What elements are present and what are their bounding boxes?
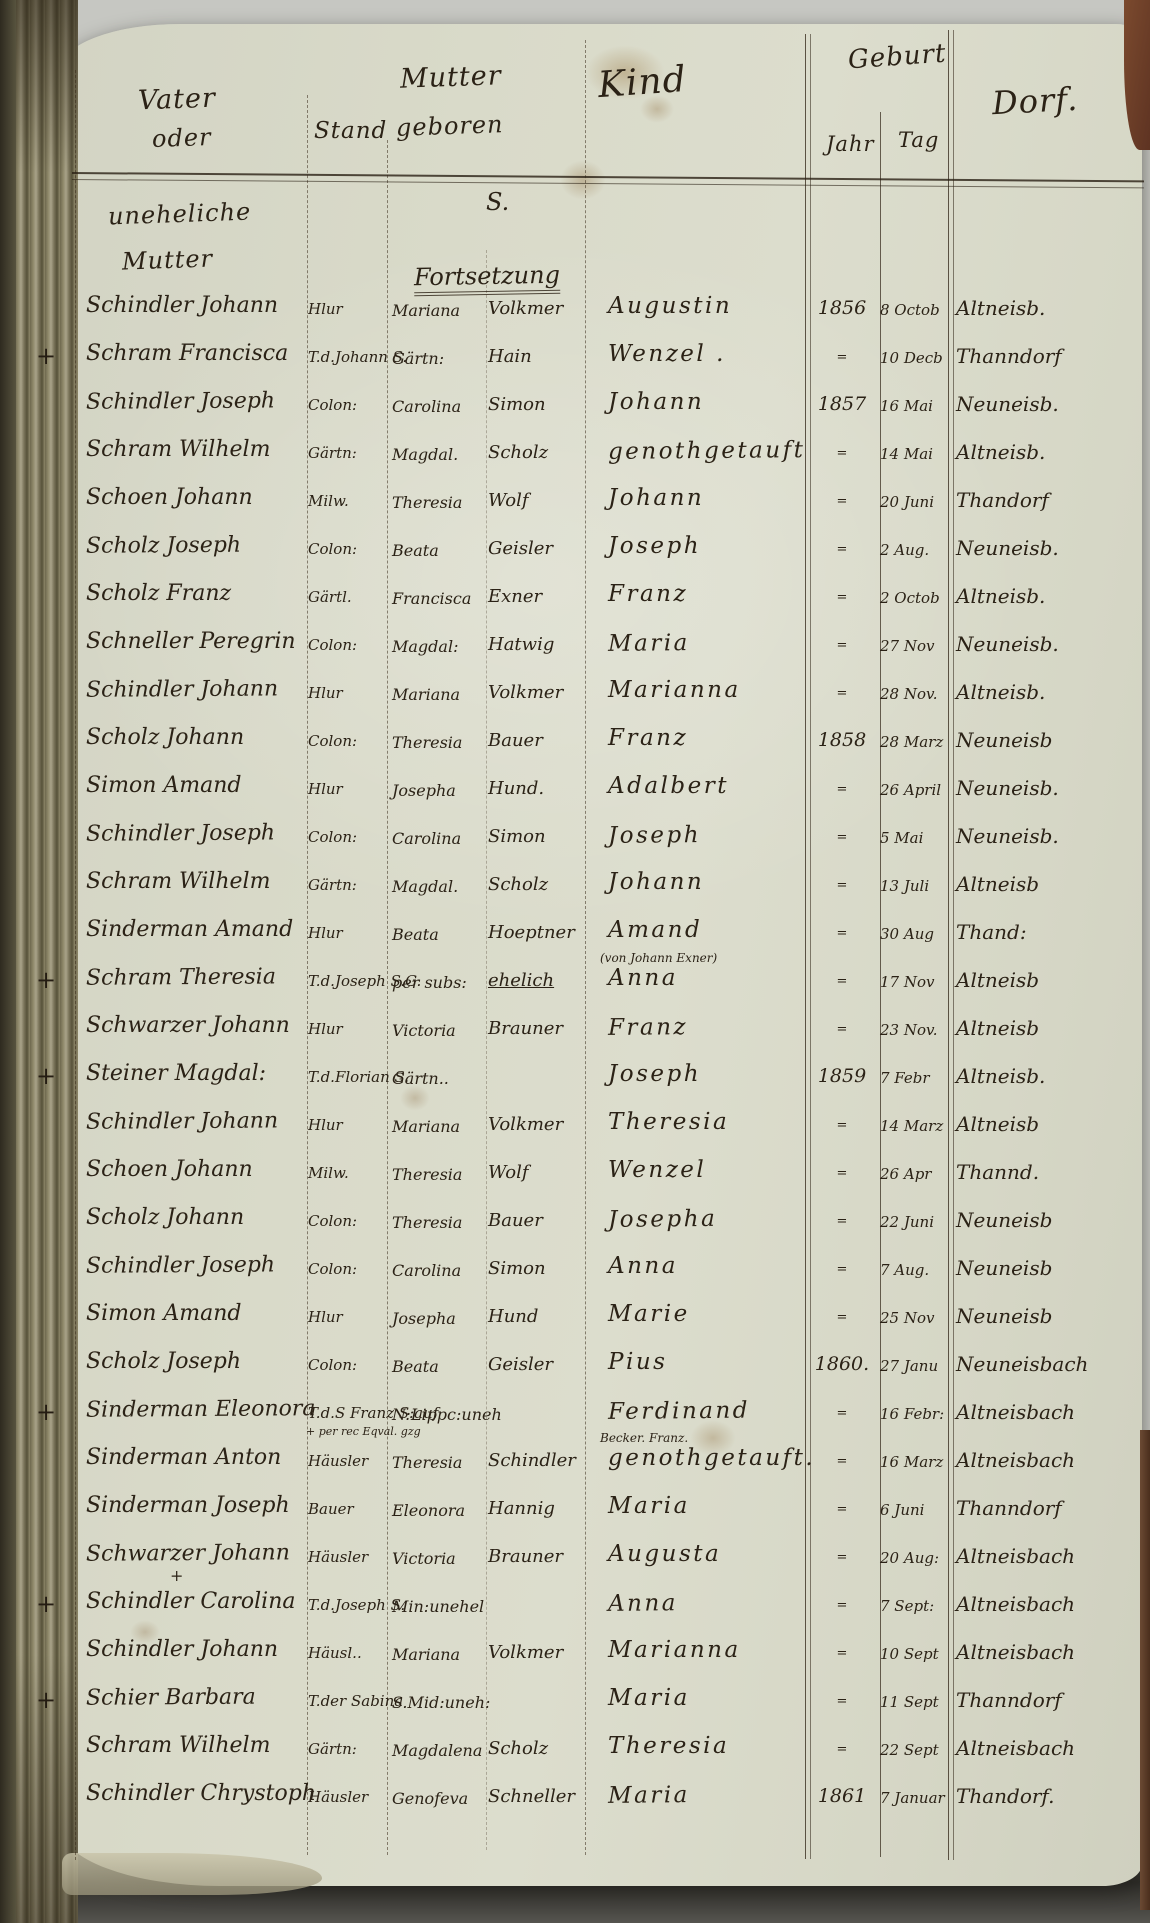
- mother-given-name: Eleonora: [392, 1501, 486, 1520]
- birth-year: =: [810, 878, 874, 893]
- child-note: Becker. Franz.: [600, 1431, 688, 1445]
- mother-given-name: Carolina: [392, 1261, 486, 1280]
- header-year: Jahr: [826, 132, 875, 156]
- mother-surname: Wolf: [488, 1162, 588, 1183]
- child-name: Maria: [608, 1685, 808, 1711]
- birth-year: =: [810, 1214, 874, 1229]
- mother-surname: Simon: [488, 826, 588, 847]
- father-name: Schram Wilhelm: [86, 1733, 310, 1758]
- mother-given-name: Theresia: [392, 1165, 486, 1184]
- father-name: Schindler Joseph: [86, 388, 310, 415]
- father-name: Sinderman Joseph: [86, 1493, 310, 1518]
- mother-surname: Hoeptner: [488, 922, 588, 943]
- father-name: Scholz Joseph: [86, 1349, 310, 1374]
- birth-day: 7 Sept:: [880, 1597, 950, 1615]
- child-name: Ferdinand: [608, 1397, 808, 1425]
- birth-year: =: [810, 350, 874, 365]
- cross-mark: +: [36, 342, 72, 370]
- father-name: Sinderman Amand: [86, 917, 310, 942]
- stand-abbreviation: T.der Sabina: [308, 1692, 388, 1710]
- mother-surname: Hain: [488, 346, 588, 367]
- village-name: Neuneisb: [956, 1208, 1148, 1232]
- father-name: Schoen Johann: [86, 485, 310, 510]
- table-row: Schindler Johann Hlur Mariana Volkmer Au…: [0, 288, 1150, 336]
- mother-surname: Geisler: [488, 1354, 588, 1375]
- table-row: Scholz Johann Colon: Theresia Bauer Fran…: [0, 720, 1150, 768]
- table-row: Schindler Johann Hlur Mariana Volkmer Th…: [0, 1104, 1150, 1152]
- table-row: Schindler Joseph Colon: Carolina Simon J…: [0, 816, 1150, 864]
- birth-year: =: [810, 590, 874, 605]
- cross-mark: +: [36, 1398, 72, 1426]
- child-note: (von Johann Exner): [600, 951, 717, 965]
- village-name: Altneisb: [956, 1016, 1148, 1040]
- birth-year: 1860.: [810, 1353, 874, 1375]
- village-name: Thanndorf: [956, 1688, 1148, 1712]
- stand-abbreviation: Hlur: [308, 780, 388, 798]
- table-row: Sinderman Anton Häusler Theresia Schindl…: [0, 1440, 1150, 1488]
- table-row: Schwarzer Johann + Häusler Victoria Brau…: [0, 1536, 1150, 1584]
- child-name: Augustin: [608, 293, 808, 319]
- table-row: Schram Wilhelm Gärtn: Magdal. Scholz Joh…: [0, 864, 1150, 912]
- birth-year: =: [810, 1454, 874, 1469]
- birth-day: 10 Decb: [880, 349, 950, 367]
- birth-day: 26 Apr: [880, 1165, 950, 1183]
- village-name: Neuneisb.: [956, 824, 1148, 848]
- father-name: Schindler Johann: [86, 1637, 310, 1662]
- table-row: Schram Wilhelm Gärtn: Magdal. Scholz gen…: [0, 432, 1150, 480]
- village-name: Neuneisb.: [956, 392, 1148, 416]
- child-name: Wenzel .: [608, 341, 808, 367]
- village-name: Altneisb.: [956, 1064, 1148, 1088]
- stand-abbreviation: Colon:: [308, 1260, 388, 1278]
- birth-day: 28 Marz: [880, 733, 950, 751]
- mother-surname: Simon: [488, 1258, 588, 1279]
- birth-year: 1857: [810, 393, 874, 415]
- child-name: Anna: [608, 965, 808, 991]
- child-name: Theresia: [608, 1109, 808, 1135]
- child-name: Amand: [608, 917, 808, 943]
- birth-year: =: [810, 782, 874, 797]
- child-name: Maria: [608, 1781, 808, 1809]
- stand-abbreviation: Colon:: [308, 1356, 388, 1374]
- cross-mark: +: [36, 966, 72, 994]
- mother-given-name: N:Lippc:uneh: [392, 1405, 486, 1424]
- birth-year: =: [810, 1646, 874, 1661]
- child-name: Marianna: [608, 1637, 808, 1663]
- birth-day: 22 Juni: [880, 1213, 950, 1231]
- header-village: Dorf.: [991, 80, 1079, 122]
- child-name: Josepha: [608, 1205, 808, 1233]
- father-name: Schram Francisca: [86, 341, 310, 366]
- table-row: Simon Amand Hlur Josepha Hund Marie = 25…: [0, 1296, 1150, 1344]
- mother-surname: Scholz: [488, 1738, 588, 1759]
- village-name: Neuneisb.: [956, 632, 1148, 656]
- table-row: Scholz Joseph Colon: Beata Geisler Pius …: [0, 1344, 1150, 1392]
- father-name: Schram Wilhelm: [86, 437, 310, 462]
- stand-abbreviation: Häusler: [308, 1788, 388, 1806]
- birth-day: 27 Janu: [880, 1357, 950, 1375]
- stand-abbreviation: Bauer: [308, 1500, 388, 1518]
- mother-surname: Exner: [488, 586, 588, 607]
- father-name: Schindler Johann: [86, 1108, 310, 1135]
- village-name: Altneisbach: [956, 1544, 1148, 1568]
- subheader-uneheliche: uneheliche: [108, 198, 252, 231]
- mother-given-name: S.Mid:uneh:: [392, 1693, 486, 1712]
- village-name: Altneisb.: [956, 680, 1148, 704]
- child-name: Adalbert: [608, 773, 808, 799]
- birth-day: 2 Octob: [880, 589, 950, 607]
- stand-abbreviation: Hlur: [308, 300, 388, 318]
- mother-given-name: Mariana: [392, 1117, 486, 1136]
- birth-day: 11 Sept: [880, 1693, 950, 1711]
- stand-abbreviation: Häusler: [308, 1548, 388, 1566]
- mother-surname: Schneller: [488, 1786, 588, 1807]
- father-name: Schindler Chrystoph: [86, 1781, 310, 1806]
- table-row: Schindler Chrystoph Häusler Genofeva Sch…: [0, 1776, 1150, 1824]
- mother-surname: Volkmer: [488, 1114, 588, 1135]
- mother-given-name: Victoria: [392, 1549, 486, 1568]
- birth-day: 13 Juli: [880, 877, 950, 895]
- header-stand: Stand: [314, 118, 387, 144]
- father-name: Scholz Franz: [86, 581, 310, 606]
- child-name: Marie: [608, 1301, 808, 1327]
- mother-surname: Bauer: [488, 730, 588, 751]
- birth-year: =: [810, 686, 874, 701]
- mother-surname: Brauner: [488, 1546, 588, 1567]
- birth-day: 20 Juni: [880, 493, 950, 511]
- stand-abbreviation: T.d.Joseph S.: [308, 1596, 388, 1614]
- father-name: Scholz Johann: [86, 725, 310, 750]
- stand-abbreviation: Hlur: [308, 924, 388, 942]
- father-name: Simon Amand: [86, 1301, 310, 1326]
- father-name: Steiner Magdal:: [86, 1061, 310, 1086]
- birth-year: =: [810, 542, 874, 557]
- birth-year: 1859: [810, 1065, 874, 1087]
- mother-given-name: Victoria: [392, 1021, 486, 1040]
- stand-abbreviation: Häusl..: [308, 1644, 388, 1662]
- mother-surname: Volkmer: [488, 682, 588, 703]
- birth-year: =: [810, 494, 874, 509]
- mother-surname: Hund: [488, 1306, 588, 1327]
- mother-given-name: Mariana: [392, 685, 486, 704]
- village-name: Neuneisbach: [956, 1352, 1148, 1376]
- mother-given-name: Magdalena: [392, 1741, 486, 1760]
- father-name: Schier Barbara: [86, 1684, 310, 1711]
- village-name: Altneisbach: [956, 1400, 1148, 1424]
- father-name: Scholz Joseph: [86, 532, 310, 559]
- table-row: Schoen Johann Milw. Theresia Wolf Wenzel…: [0, 1152, 1150, 1200]
- stand-abbreviation: Milw.: [308, 492, 388, 510]
- stand-abbreviation: Gärtn:: [308, 444, 388, 462]
- village-name: Thannd.: [956, 1160, 1148, 1184]
- table-row: Schindler Joseph Colon: Carolina Simon J…: [0, 384, 1150, 432]
- mother-surname: Bauer: [488, 1210, 588, 1231]
- mother-given-name: Gärtn..: [392, 1069, 486, 1088]
- header-oder: oder: [152, 123, 212, 153]
- birth-day: 17 Nov: [880, 973, 950, 991]
- stand-abbreviation: Colon:: [308, 636, 388, 654]
- birth-year: =: [810, 926, 874, 941]
- village-name: Neuneisb: [956, 728, 1148, 752]
- table-row: Schwarzer Johann Hlur Victoria Brauner F…: [0, 1008, 1150, 1056]
- child-name: Theresia: [608, 1733, 808, 1759]
- stand-abbreviation: T.d.Johann S.: [308, 348, 388, 366]
- header-day: Tag: [898, 128, 939, 152]
- stand-abbreviation: Gärtn:: [308, 876, 388, 894]
- birth-day: 30 Aug: [880, 925, 950, 943]
- child-name: Maria: [608, 629, 808, 657]
- header-father: Vater: [137, 83, 216, 117]
- mother-surname: Hannig: [488, 1498, 588, 1519]
- header-geboren: geboren: [396, 110, 504, 142]
- table-row: + Schram Francisca T.d.Johann S. Gärtn: …: [0, 336, 1150, 384]
- mother-surname: Simon: [488, 394, 588, 415]
- birth-day: 14 Mai: [880, 445, 950, 463]
- register-page-photo: Vater oder Stand Mutter geboren Kind Geb…: [0, 0, 1150, 1923]
- stand-abbreviation: Milw.: [308, 1164, 388, 1182]
- birth-day: 25 Nov: [880, 1309, 950, 1327]
- father-name: Sinderman Eleonora: [86, 1396, 310, 1423]
- table-row: Sinderman Amand Hlur Beata Hoeptner Aman…: [0, 912, 1150, 960]
- child-name: Joseph: [608, 533, 808, 559]
- birth-day: 16 Febr:: [880, 1405, 950, 1423]
- table-row: Scholz Johann Colon: Theresia Bauer Jose…: [0, 1200, 1150, 1248]
- mother-surname: Geisler: [488, 538, 588, 559]
- mother-surname: ehelich: [488, 970, 588, 991]
- village-name: Thandorf: [956, 488, 1148, 512]
- table-row: Sinderman Joseph Bauer Eleonora Hannig M…: [0, 1488, 1150, 1536]
- stand-abbreviation: Colon:: [308, 828, 388, 846]
- village-name: Thanndorf: [956, 344, 1148, 368]
- mother-surname: Hund.: [488, 778, 588, 799]
- mother-given-name: Mariana: [392, 301, 486, 320]
- village-name: Altneisb: [956, 872, 1148, 896]
- child-name: genothgetauft: [608, 437, 808, 465]
- stand-abbreviation: Colon:: [308, 1212, 388, 1230]
- birth-day: 7 Febr: [880, 1069, 950, 1087]
- birth-day: 23 Nov.: [880, 1021, 950, 1039]
- stand-abbreviation: Häusler: [308, 1452, 388, 1470]
- village-name: Altneisb.: [956, 296, 1148, 320]
- child-name: Marianna: [608, 677, 808, 703]
- birth-day: 16 Mai: [880, 397, 950, 415]
- table-row: + Schram Theresia T.d.Joseph S.G. per su…: [0, 960, 1150, 1008]
- birth-day: 16 Marz: [880, 1453, 950, 1471]
- child-name: Wenzel: [608, 1157, 808, 1183]
- mother-given-name: Francisca: [392, 589, 486, 608]
- child-name: Pius: [608, 1349, 808, 1375]
- child-name: Anna: [608, 1253, 808, 1279]
- birth-year: =: [810, 1118, 874, 1133]
- mother-given-name: Josepha: [392, 1309, 486, 1328]
- birth-year: =: [810, 1262, 874, 1277]
- village-name: Altneisb.: [956, 440, 1148, 464]
- mother-surname: Scholz: [488, 874, 588, 895]
- father-name: Schwarzer Johann: [86, 1540, 310, 1567]
- village-name: Neuneisb: [956, 1304, 1148, 1328]
- father-name: Simon Amand: [86, 773, 310, 798]
- table-row: Schneller Peregrin Colon: Magdal: Hatwig…: [0, 624, 1150, 672]
- mother-given-name: Theresia: [392, 493, 486, 512]
- mother-given-name: Beata: [392, 541, 486, 560]
- child-name: Franz: [608, 581, 808, 607]
- stand-note: + per rec Eqval. gzg: [306, 1425, 421, 1438]
- child-name: Joseph: [608, 1061, 808, 1087]
- birth-day: 5 Mai: [880, 829, 950, 847]
- birth-day: 2 Aug.: [880, 541, 950, 559]
- father-name: Scholz Johann: [86, 1205, 310, 1230]
- mother-given-name: Carolina: [392, 829, 486, 848]
- birth-year: 1856: [810, 297, 874, 319]
- father-name: Schwarzer Johann: [86, 1013, 310, 1038]
- birth-day: 14 Marz: [880, 1117, 950, 1135]
- village-name: Altneisbach: [956, 1592, 1148, 1616]
- mother-given-name: Theresia: [392, 1213, 486, 1232]
- child-name: Franz: [608, 725, 808, 751]
- father-name: Schindler Carolina: [86, 1589, 310, 1614]
- birth-year: =: [810, 1598, 874, 1613]
- mother-given-name: Gärtn:: [392, 349, 486, 368]
- village-name: Thandorf.: [956, 1784, 1148, 1808]
- birth-day: 7 Januar: [880, 1789, 950, 1807]
- table-row: Scholz Franz Gärtl. Francisca Exner Fran…: [0, 576, 1150, 624]
- mother-given-name: Mariana: [392, 1645, 486, 1664]
- stand-abbreviation: Hlur: [308, 1308, 388, 1326]
- mother-given-name: Theresia: [392, 1453, 486, 1472]
- mother-given-name: Josepha: [392, 781, 486, 800]
- birth-year: =: [810, 974, 874, 989]
- table-row: Scholz Joseph Colon: Beata Geisler Josep…: [0, 528, 1150, 576]
- village-name: Altneisb: [956, 1112, 1148, 1136]
- birth-year: =: [810, 830, 874, 845]
- register-rows: Schindler Johann Hlur Mariana Volkmer Au…: [0, 288, 1150, 1824]
- mother-given-name: Beata: [392, 925, 486, 944]
- birth-day: 8 Octob: [880, 301, 950, 319]
- father-name: Schram Wilhelm: [86, 869, 310, 894]
- stand-abbreviation: T.d.S Franz S:auf: [308, 1404, 388, 1422]
- father-name: Schneller Peregrin: [86, 629, 310, 654]
- mother-surname: Schindler: [488, 1450, 588, 1471]
- village-name: Neuneisb.: [956, 536, 1148, 560]
- stand-abbreviation: Gärtl.: [308, 588, 388, 606]
- child-name: Johann: [608, 869, 808, 895]
- birth-day: 10 Sept: [880, 1645, 950, 1663]
- header-child: Kind: [597, 59, 688, 106]
- table-row: + Steiner Magdal: T.d.Florian S. Gärtn..…: [0, 1056, 1150, 1104]
- father-name: Schram Theresia: [86, 964, 310, 991]
- father-name: Schindler Johann: [86, 676, 310, 703]
- birth-day: 28 Nov.: [880, 685, 950, 703]
- mother-surname: Brauner: [488, 1018, 588, 1039]
- birth-year: 1861: [810, 1785, 874, 1807]
- mother-surname: Wolf: [488, 490, 588, 511]
- birth-year: 1858: [810, 729, 874, 751]
- village-name: Altneisbach: [956, 1448, 1148, 1472]
- birth-year: =: [810, 1022, 874, 1037]
- table-row: Schindler Johann Häusl.. Mariana Volkmer…: [0, 1632, 1150, 1680]
- father-name: Sinderman Anton: [86, 1445, 310, 1470]
- stand-abbreviation: Colon:: [308, 732, 388, 750]
- mother-given-name: Genofeva: [392, 1789, 486, 1808]
- table-row: Simon Amand Hlur Josepha Hund. Adalbert …: [0, 768, 1150, 816]
- mother-given-name: Carolina: [392, 397, 486, 416]
- child-name: Augusta: [608, 1541, 808, 1567]
- cross-mark: +: [36, 1062, 72, 1090]
- father-note: +: [170, 1566, 183, 1585]
- village-name: Neuneisb: [956, 1256, 1148, 1280]
- child-name: Johann: [608, 389, 808, 415]
- table-row: + Schier Barbara T.der Sabina S.Mid:uneh…: [0, 1680, 1150, 1728]
- mother-given-name: Beata: [392, 1357, 486, 1376]
- stand-abbreviation: Colon:: [308, 540, 388, 558]
- village-name: Neuneisb.: [956, 776, 1148, 800]
- birth-year: =: [810, 1406, 874, 1421]
- child-name: Joseph: [608, 821, 808, 849]
- father-name: Schoen Johann: [86, 1157, 310, 1182]
- birth-year: =: [810, 1502, 874, 1517]
- table-row: Schindler Joseph Colon: Carolina Simon A…: [0, 1248, 1150, 1296]
- header-mother: Mutter: [399, 60, 502, 95]
- mother-surname: Volkmer: [488, 298, 588, 319]
- birth-year: =: [810, 1550, 874, 1565]
- birth-year: =: [810, 1742, 874, 1757]
- mother-surname: Scholz: [488, 442, 588, 463]
- village-name: Altneisbach: [956, 1736, 1148, 1760]
- birth-day: 6 Juni: [880, 1501, 950, 1519]
- table-row: Schoen Johann Milw. Theresia Wolf Johann…: [0, 480, 1150, 528]
- birth-day: 20 Aug:: [880, 1549, 950, 1567]
- father-name: Schindler Johann: [86, 293, 310, 318]
- mother-given-name: per subs:: [392, 973, 486, 992]
- child-name: Maria: [608, 1493, 808, 1519]
- father-name: Schindler Joseph: [86, 820, 310, 847]
- table-row: + Schindler Carolina T.d.Joseph S. Min:u…: [0, 1584, 1150, 1632]
- stand-abbreviation: Hlur: [308, 1020, 388, 1038]
- cross-mark: +: [36, 1686, 72, 1714]
- birth-year: =: [810, 638, 874, 653]
- stand-abbreviation: Hlur: [308, 684, 388, 702]
- village-name: Thanndorf: [956, 1496, 1148, 1520]
- birth-day: 7 Aug.: [880, 1261, 950, 1279]
- village-name: Thand:: [956, 920, 1148, 944]
- birth-day: 22 Sept: [880, 1741, 950, 1759]
- section-mark: S.: [486, 188, 509, 216]
- birth-year: =: [810, 1310, 874, 1325]
- child-name: genothgetauft.: [608, 1445, 808, 1471]
- village-name: Altneisbach: [956, 1640, 1148, 1664]
- table-row: + Sinderman Eleonora T.d.S Franz S:auf +…: [0, 1392, 1150, 1440]
- mother-given-name: Magdal.: [392, 877, 486, 896]
- mother-surname: Volkmer: [488, 1642, 588, 1663]
- mother-given-name: Magdal.: [392, 445, 486, 464]
- birth-year: =: [810, 446, 874, 461]
- stand-abbreviation: T.d.Florian S.: [308, 1068, 388, 1086]
- child-name: Anna: [608, 1589, 808, 1617]
- stand-abbreviation: T.d.Joseph S.G.: [308, 972, 388, 990]
- stand-abbreviation: Gärtn:: [308, 1740, 388, 1758]
- birth-year: =: [810, 1166, 874, 1181]
- mother-given-name: Theresia: [392, 733, 486, 752]
- table-row: Schram Wilhelm Gärtn: Magdalena Scholz T…: [0, 1728, 1150, 1776]
- mother-surname: Hatwig: [488, 634, 588, 655]
- stand-abbreviation: Hlur: [308, 1116, 388, 1134]
- father-name: Schindler Joseph: [86, 1252, 310, 1279]
- child-name: Johann: [608, 485, 808, 511]
- mother-given-name: Magdal:: [392, 637, 486, 656]
- stand-abbreviation: Colon:: [308, 396, 388, 414]
- cross-mark: +: [36, 1590, 72, 1618]
- birth-day: 27 Nov: [880, 637, 950, 655]
